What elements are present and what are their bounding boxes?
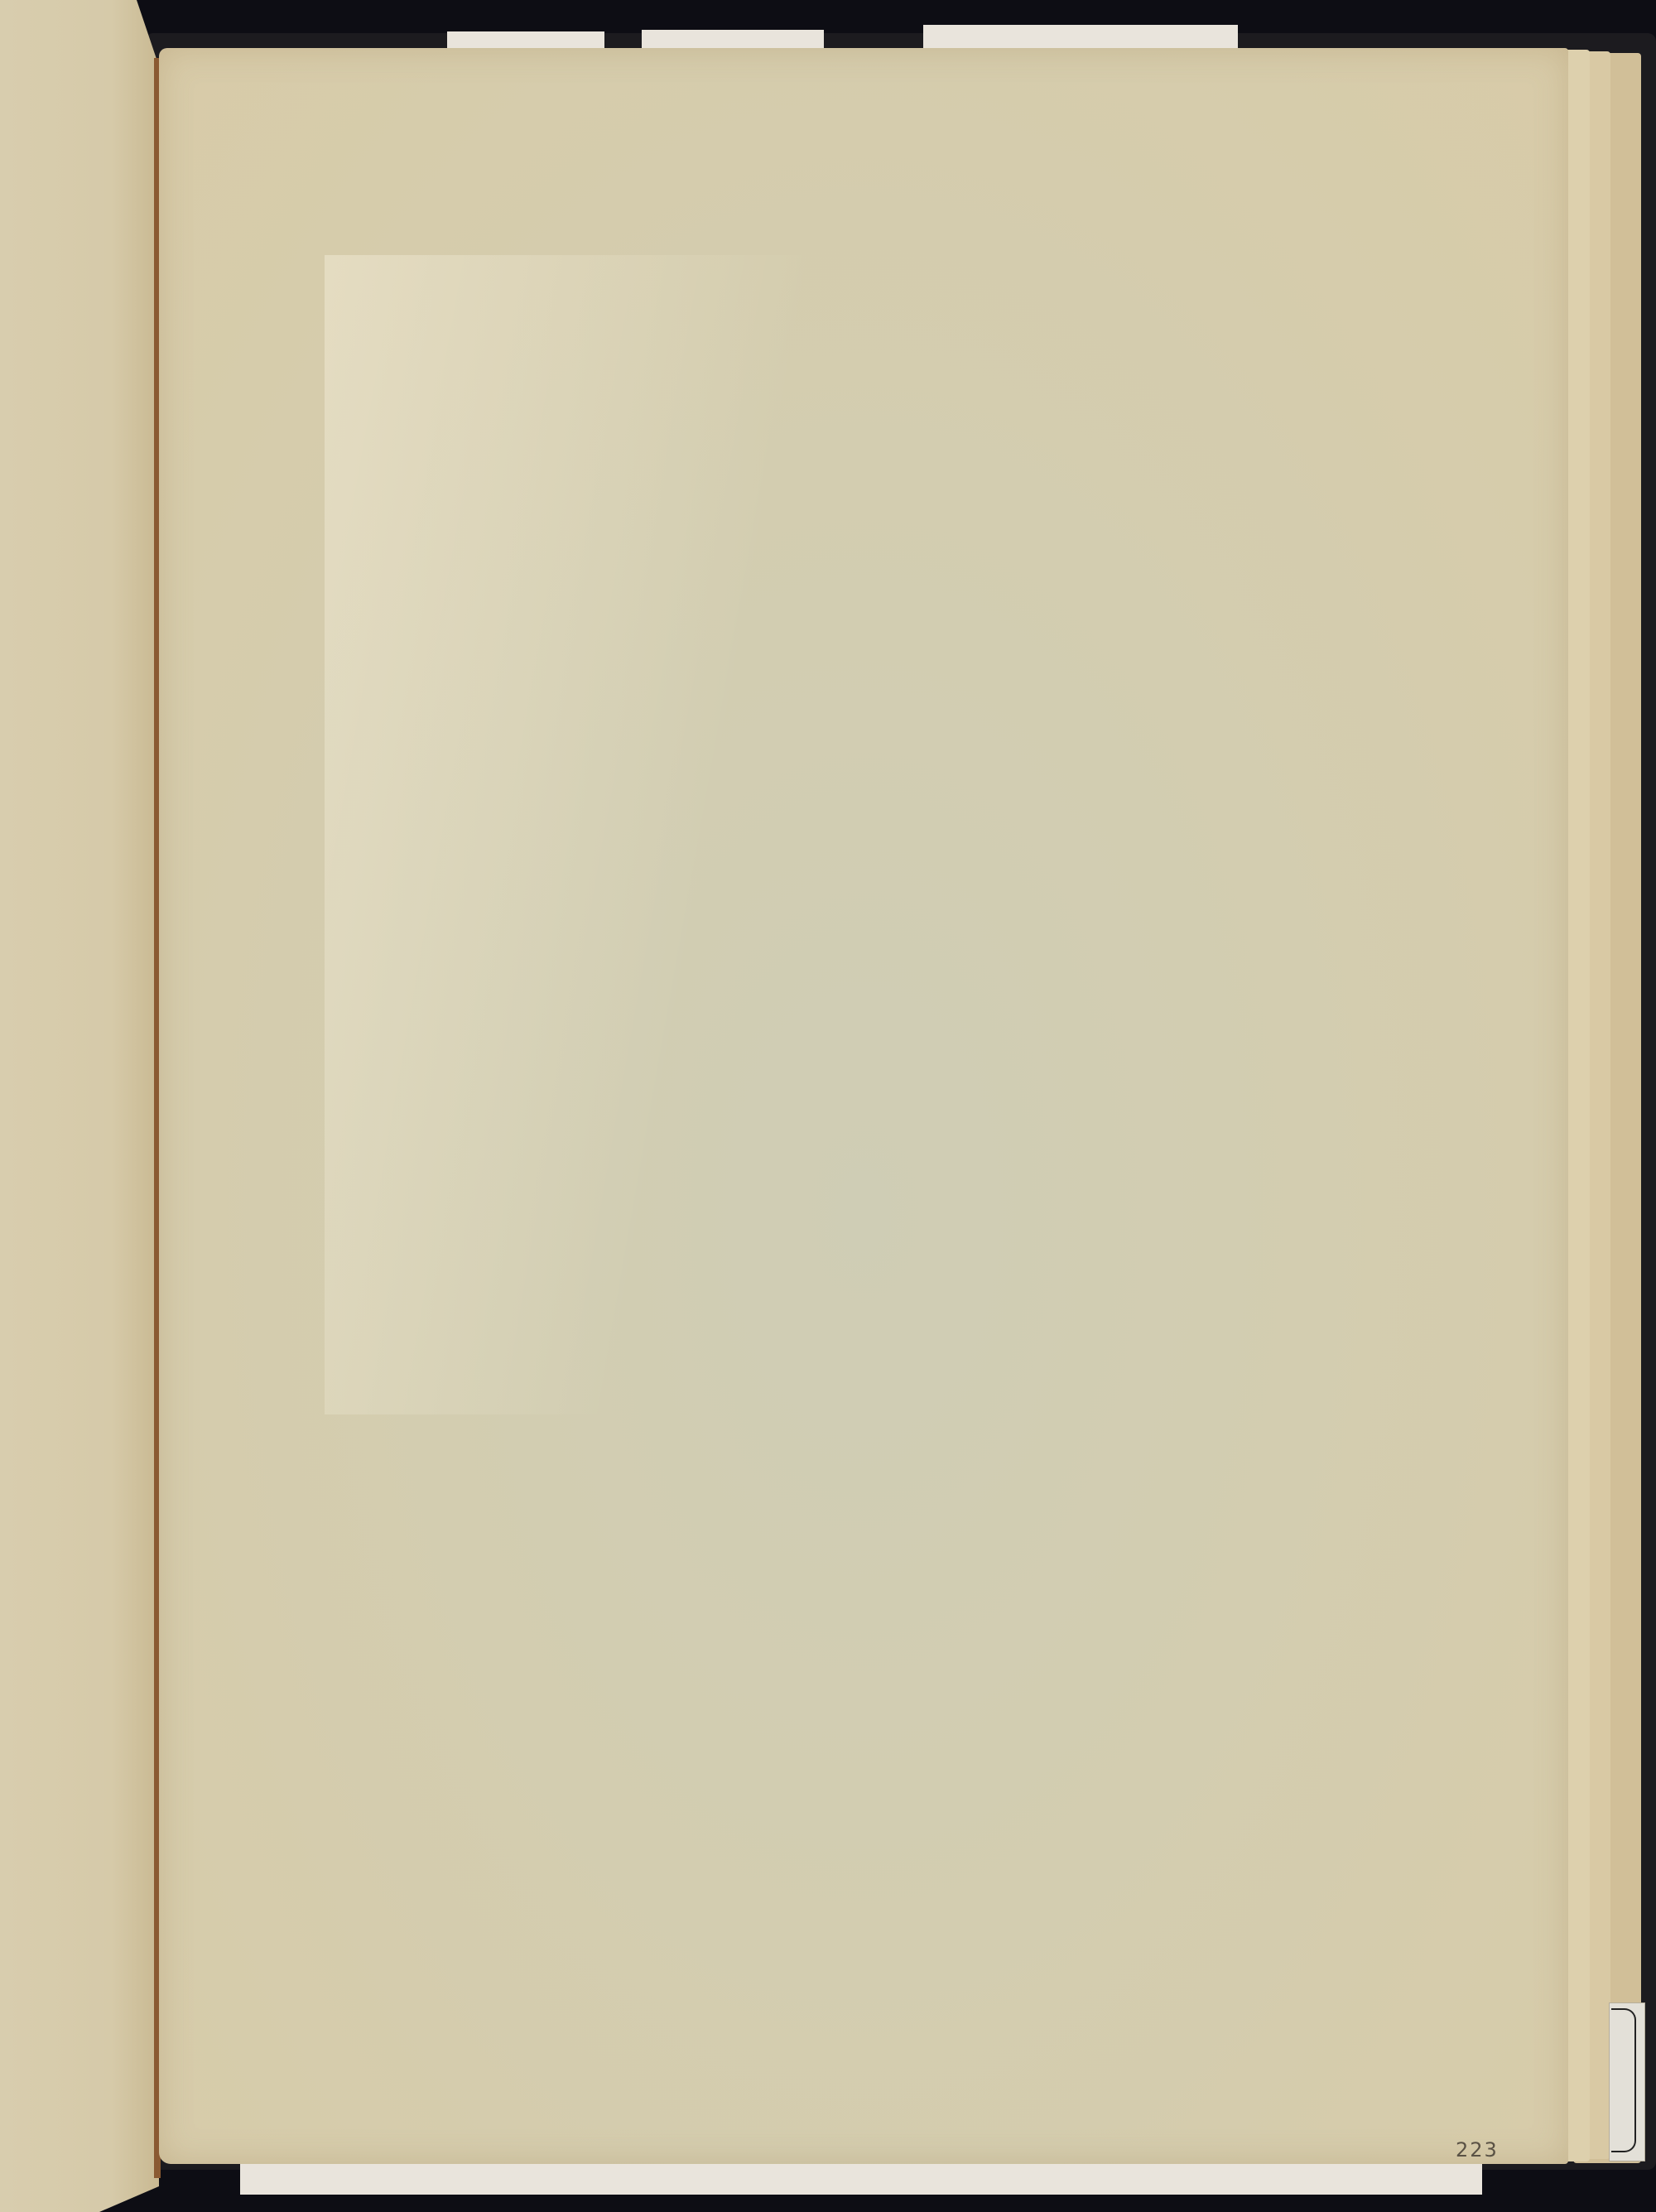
label-frame <box>1611 2008 1636 2152</box>
torn-paper-top-3 <box>923 25 1238 48</box>
torn-paper-bottom <box>240 2161 1482 2195</box>
torn-paper-top-1 <box>447 31 604 48</box>
left-page <box>0 0 159 2212</box>
page-number: 223 <box>1456 2138 1499 2161</box>
paper-sheen <box>325 255 821 1414</box>
torn-paper-top-2 <box>642 30 824 48</box>
album-page <box>159 48 1568 2164</box>
